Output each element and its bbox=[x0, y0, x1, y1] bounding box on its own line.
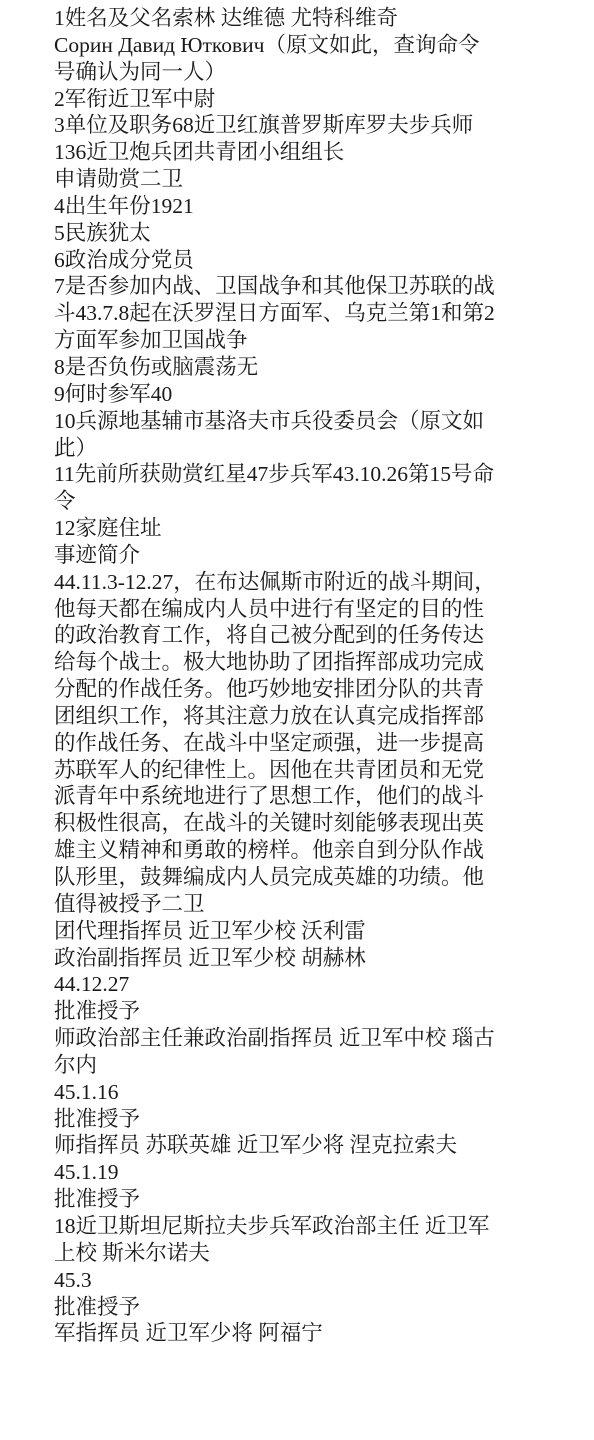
signer-division-political-head: 师政治部主任兼政治副指挥员 近卫军中校 瑙古 bbox=[54, 1025, 554, 1052]
summary-text: 44.11.3-12.27，在布达佩斯市附近的战斗期间， bbox=[54, 569, 554, 596]
summary-text: 雄主义精神和勇敢的榜样。他亲自到分队作战 bbox=[54, 837, 554, 864]
field-enlisted: 9何时参军40 bbox=[54, 381, 554, 408]
award-requested: 申请勋赏二卫 bbox=[54, 166, 554, 193]
approval-date: 45.1.16 bbox=[54, 1079, 554, 1106]
signer-corps-political-head: 18近卫斯坦尼斯拉夫步兵军政治部主任 近卫军 bbox=[54, 1213, 554, 1240]
summary-text: 苏联军人的纪律性上。因他在共青团员和无党 bbox=[54, 757, 554, 784]
field-prior-awards: 11先前所获勋赏红星47步兵军43.10.26第15号命 bbox=[54, 461, 554, 488]
field-combat-cont-1: 斗43.7.8起在沃罗涅日方面军、乌克兰第1和第2 bbox=[54, 300, 554, 327]
field-rank: 2军衔近卫军中尉 bbox=[54, 86, 554, 113]
field-ethnicity: 5民族犹太 bbox=[54, 220, 554, 247]
field-combat: 7是否参加内战、卫国战争和其他保卫苏联的战 bbox=[54, 273, 554, 300]
field-birth-year: 4出生年份1921 bbox=[54, 193, 554, 220]
summary-text: 团组织工作，将其注意力放在认真完成指挥部 bbox=[54, 703, 554, 730]
field-wounds: 8是否负伤或脑震荡无 bbox=[54, 354, 554, 381]
signer-division-political-head-cont: 尔内 bbox=[54, 1052, 554, 1079]
summary-text: 的作战任务、在战斗中坚定顽强，进一步提高 bbox=[54, 730, 554, 757]
approval-label: 批准授予 bbox=[54, 1106, 554, 1133]
approval-label: 批准授予 bbox=[54, 1294, 554, 1321]
approval-date: 44.12.27 bbox=[54, 971, 554, 998]
field-name-russian: Сорин Давид Юткович（原文如此，查询命令 bbox=[54, 32, 554, 59]
field-name-note: 号确认为同一人） bbox=[54, 59, 554, 86]
summary-heading: 事迹简介 bbox=[54, 542, 554, 569]
field-draft-office-cont: 此） bbox=[54, 435, 554, 462]
field-unit-cont: 136近卫炮兵团共青团小组组长 bbox=[54, 139, 554, 166]
summary-text: 派青年中系统地进行了思想工作，他们的战斗 bbox=[54, 783, 554, 810]
summary-text: 积极性很高，在战斗的关键时刻能够表现出英 bbox=[54, 810, 554, 837]
approval-label: 批准授予 bbox=[54, 1186, 554, 1213]
award-document: 1姓名及父名索林 达维德 尤特科维奇 Сорин Давид Юткович（原… bbox=[54, 5, 554, 1347]
summary-text: 队形里，鼓舞编成内人员完成英雄的功绩。他 bbox=[54, 864, 554, 891]
signer-division-commander: 师指挥员 苏联英雄 近卫军少将 涅克拉索夫 bbox=[54, 1132, 554, 1159]
signer-corps-political-head-cont: 上校 斯米尔诺夫 bbox=[54, 1240, 554, 1267]
field-draft-office: 10兵源地基辅市基洛夫市兵役委员会（原文如 bbox=[54, 408, 554, 435]
field-prior-awards-cont: 令 bbox=[54, 488, 554, 515]
field-party: 6政治成分党员 bbox=[54, 247, 554, 274]
field-combat-cont-2: 方面军参加卫国战争 bbox=[54, 327, 554, 354]
summary-text: 值得被授予二卫 bbox=[54, 891, 554, 918]
field-name: 1姓名及父名索林 达维德 尤特科维奇 bbox=[54, 5, 554, 32]
summary-text: 给每个战士。极大地协助了团指挥部成功完成 bbox=[54, 649, 554, 676]
approval-date: 45.1.19 bbox=[54, 1159, 554, 1186]
approval-date: 45.3 bbox=[54, 1267, 554, 1294]
signer-corps-commander: 军指挥员 近卫军少将 阿福宁 bbox=[54, 1320, 554, 1347]
field-unit: 3单位及职务68近卫红旗普罗斯库罗夫步兵师 bbox=[54, 112, 554, 139]
summary-text: 的政治教育工作，将自己被分配到的任务传达 bbox=[54, 622, 554, 649]
approval-label: 批准授予 bbox=[54, 998, 554, 1025]
signer-political-deputy: 政治副指挥员 近卫军少校 胡赫林 bbox=[54, 945, 554, 972]
signer-regiment-commander: 团代理指挥员 近卫军少校 沃利雷 bbox=[54, 918, 554, 945]
summary-text: 分配的作战任务。他巧妙地安排团分队的共青 bbox=[54, 676, 554, 703]
field-address: 12家庭住址 bbox=[54, 515, 554, 542]
summary-text: 他每天都在编成内人员中进行有坚定的目的性 bbox=[54, 596, 554, 623]
